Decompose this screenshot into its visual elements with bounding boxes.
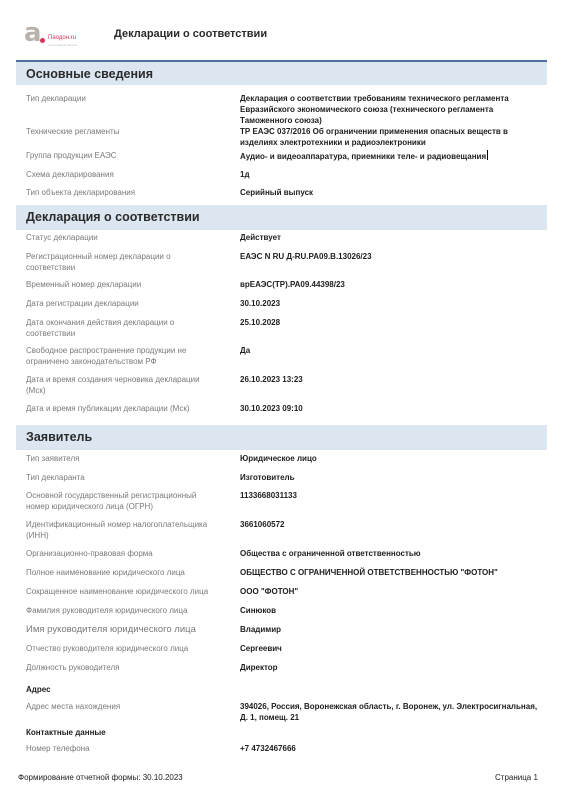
- field-label: Отчество руководителя юридического лица: [26, 643, 221, 654]
- field-value: Декларация о соответствии требованиям те…: [240, 93, 546, 126]
- field-value: 26.10.2023 13:23: [240, 374, 546, 385]
- field-label: Дата окончания действия декларации о соо…: [26, 317, 221, 339]
- field-label: Временный номер декларации: [26, 279, 221, 290]
- field-value: ТР ЕАЭС 037/2016 Об ограничении применен…: [240, 126, 546, 148]
- field-value: ОБЩЕСТВО С ОГРАНИЧЕННОЙ ОТВЕТСТВЕННОСТЬЮ…: [240, 567, 546, 578]
- field-label: Тип декларации: [26, 93, 221, 104]
- page-number: Страница 1: [495, 773, 538, 782]
- field-value: ООО "ФОТОН": [240, 586, 546, 597]
- field-value: Юридическое лицо: [240, 453, 546, 464]
- logo-dot-icon: [40, 38, 45, 43]
- logo-a-icon: a: [24, 20, 42, 46]
- field-value: 30.10.2023: [240, 298, 546, 309]
- section-header-main-info: Основные сведения: [16, 60, 547, 85]
- field-label: Статус декларации: [26, 232, 221, 243]
- field-value: врЕАЭС(ТР).РА09.44398/23: [240, 279, 546, 290]
- field-value: +7 4732467666: [240, 743, 546, 754]
- field-label: Группа продукции ЕАЭС: [26, 150, 221, 161]
- field-value: 3661060572: [240, 519, 546, 530]
- document-title: Декларации о соответствии: [114, 28, 267, 40]
- field-value: ЕАЭС N RU Д-RU.PA09.B.13026/23: [240, 251, 546, 262]
- field-label: Адрес места нахождения: [26, 701, 221, 712]
- field-value-text: Аудио- и видеоаппаратура, приемники теле…: [240, 152, 486, 161]
- field-label: Должность руководителя: [26, 662, 221, 673]
- field-label: Номер телефона: [26, 743, 221, 754]
- field-label: Организационно-правовая форма: [26, 548, 221, 559]
- field-label: Тип объекта декларирования: [26, 187, 221, 198]
- section-title: Основные сведения: [26, 67, 153, 81]
- field-value: Изготовитель: [240, 472, 546, 483]
- field-label: Сокращенное наименование юридического ли…: [26, 586, 221, 597]
- section-header-declaration: Декларация о соответствии: [16, 205, 547, 230]
- field-label: Тип заявителя: [26, 453, 221, 464]
- field-value: 1133668031133: [240, 490, 546, 501]
- field-value: Да: [240, 345, 546, 356]
- text-cursor: [487, 150, 488, 160]
- logo-subtitle: электронный каталог: [48, 43, 77, 47]
- field-label: Тип декларанта: [26, 472, 221, 483]
- contacts-heading: Контактные данные: [26, 728, 106, 737]
- field-value: Синюков: [240, 605, 546, 616]
- field-value: Аудио- и видеоаппаратура, приемники теле…: [240, 150, 546, 162]
- field-label: Полное наименование юридического лица: [26, 567, 221, 578]
- address-heading: Адрес: [26, 685, 51, 694]
- field-value: Общества с ограниченной ответственностью: [240, 548, 546, 559]
- field-label: Дата регистрации декларации: [26, 298, 221, 309]
- field-label: Основной государственный регистрационный…: [26, 490, 221, 512]
- field-value: Владимир: [240, 624, 546, 635]
- field-value: 25.10.2028: [240, 317, 546, 328]
- field-value: Директор: [240, 662, 546, 673]
- field-label: Имя руководителя юридического лица: [26, 624, 221, 635]
- section-title: Декларация о соответствии: [26, 210, 200, 224]
- field-label: Дата и время создания черновика декларац…: [26, 374, 221, 396]
- field-label: Технические регламенты: [26, 126, 221, 137]
- field-value: 394026, Россия, Воронежская область, г. …: [240, 701, 546, 723]
- field-label: Идентификационный номер налогоплательщик…: [26, 519, 221, 541]
- field-value: Серийный выпуск: [240, 187, 546, 198]
- field-value: Действует: [240, 232, 546, 243]
- field-label: Фамилия руководителя юридического лица: [26, 605, 221, 616]
- field-label: Схема декларирования: [26, 169, 221, 180]
- report-date: Формирование отчетной формы: 30.10.2023: [18, 773, 183, 782]
- field-value: 1д: [240, 169, 546, 180]
- section-header-applicant: Заявитель: [16, 425, 547, 450]
- field-label: Регистрационный номер декларации о соотв…: [26, 251, 221, 273]
- logo: a Паодон.ru электронный каталог: [24, 22, 94, 50]
- section-title: Заявитель: [26, 430, 92, 444]
- field-value: Сергеевич: [240, 643, 546, 654]
- field-value: 30.10.2023 09:10: [240, 403, 546, 414]
- page-header: a Паодон.ru электронный каталог Декларац…: [0, 0, 563, 58]
- field-label: Свободное распространение продукции не о…: [26, 345, 221, 367]
- logo-text: Паодон.ru: [48, 34, 76, 42]
- field-label: Дата и время публикации декларации (Мск): [26, 403, 221, 414]
